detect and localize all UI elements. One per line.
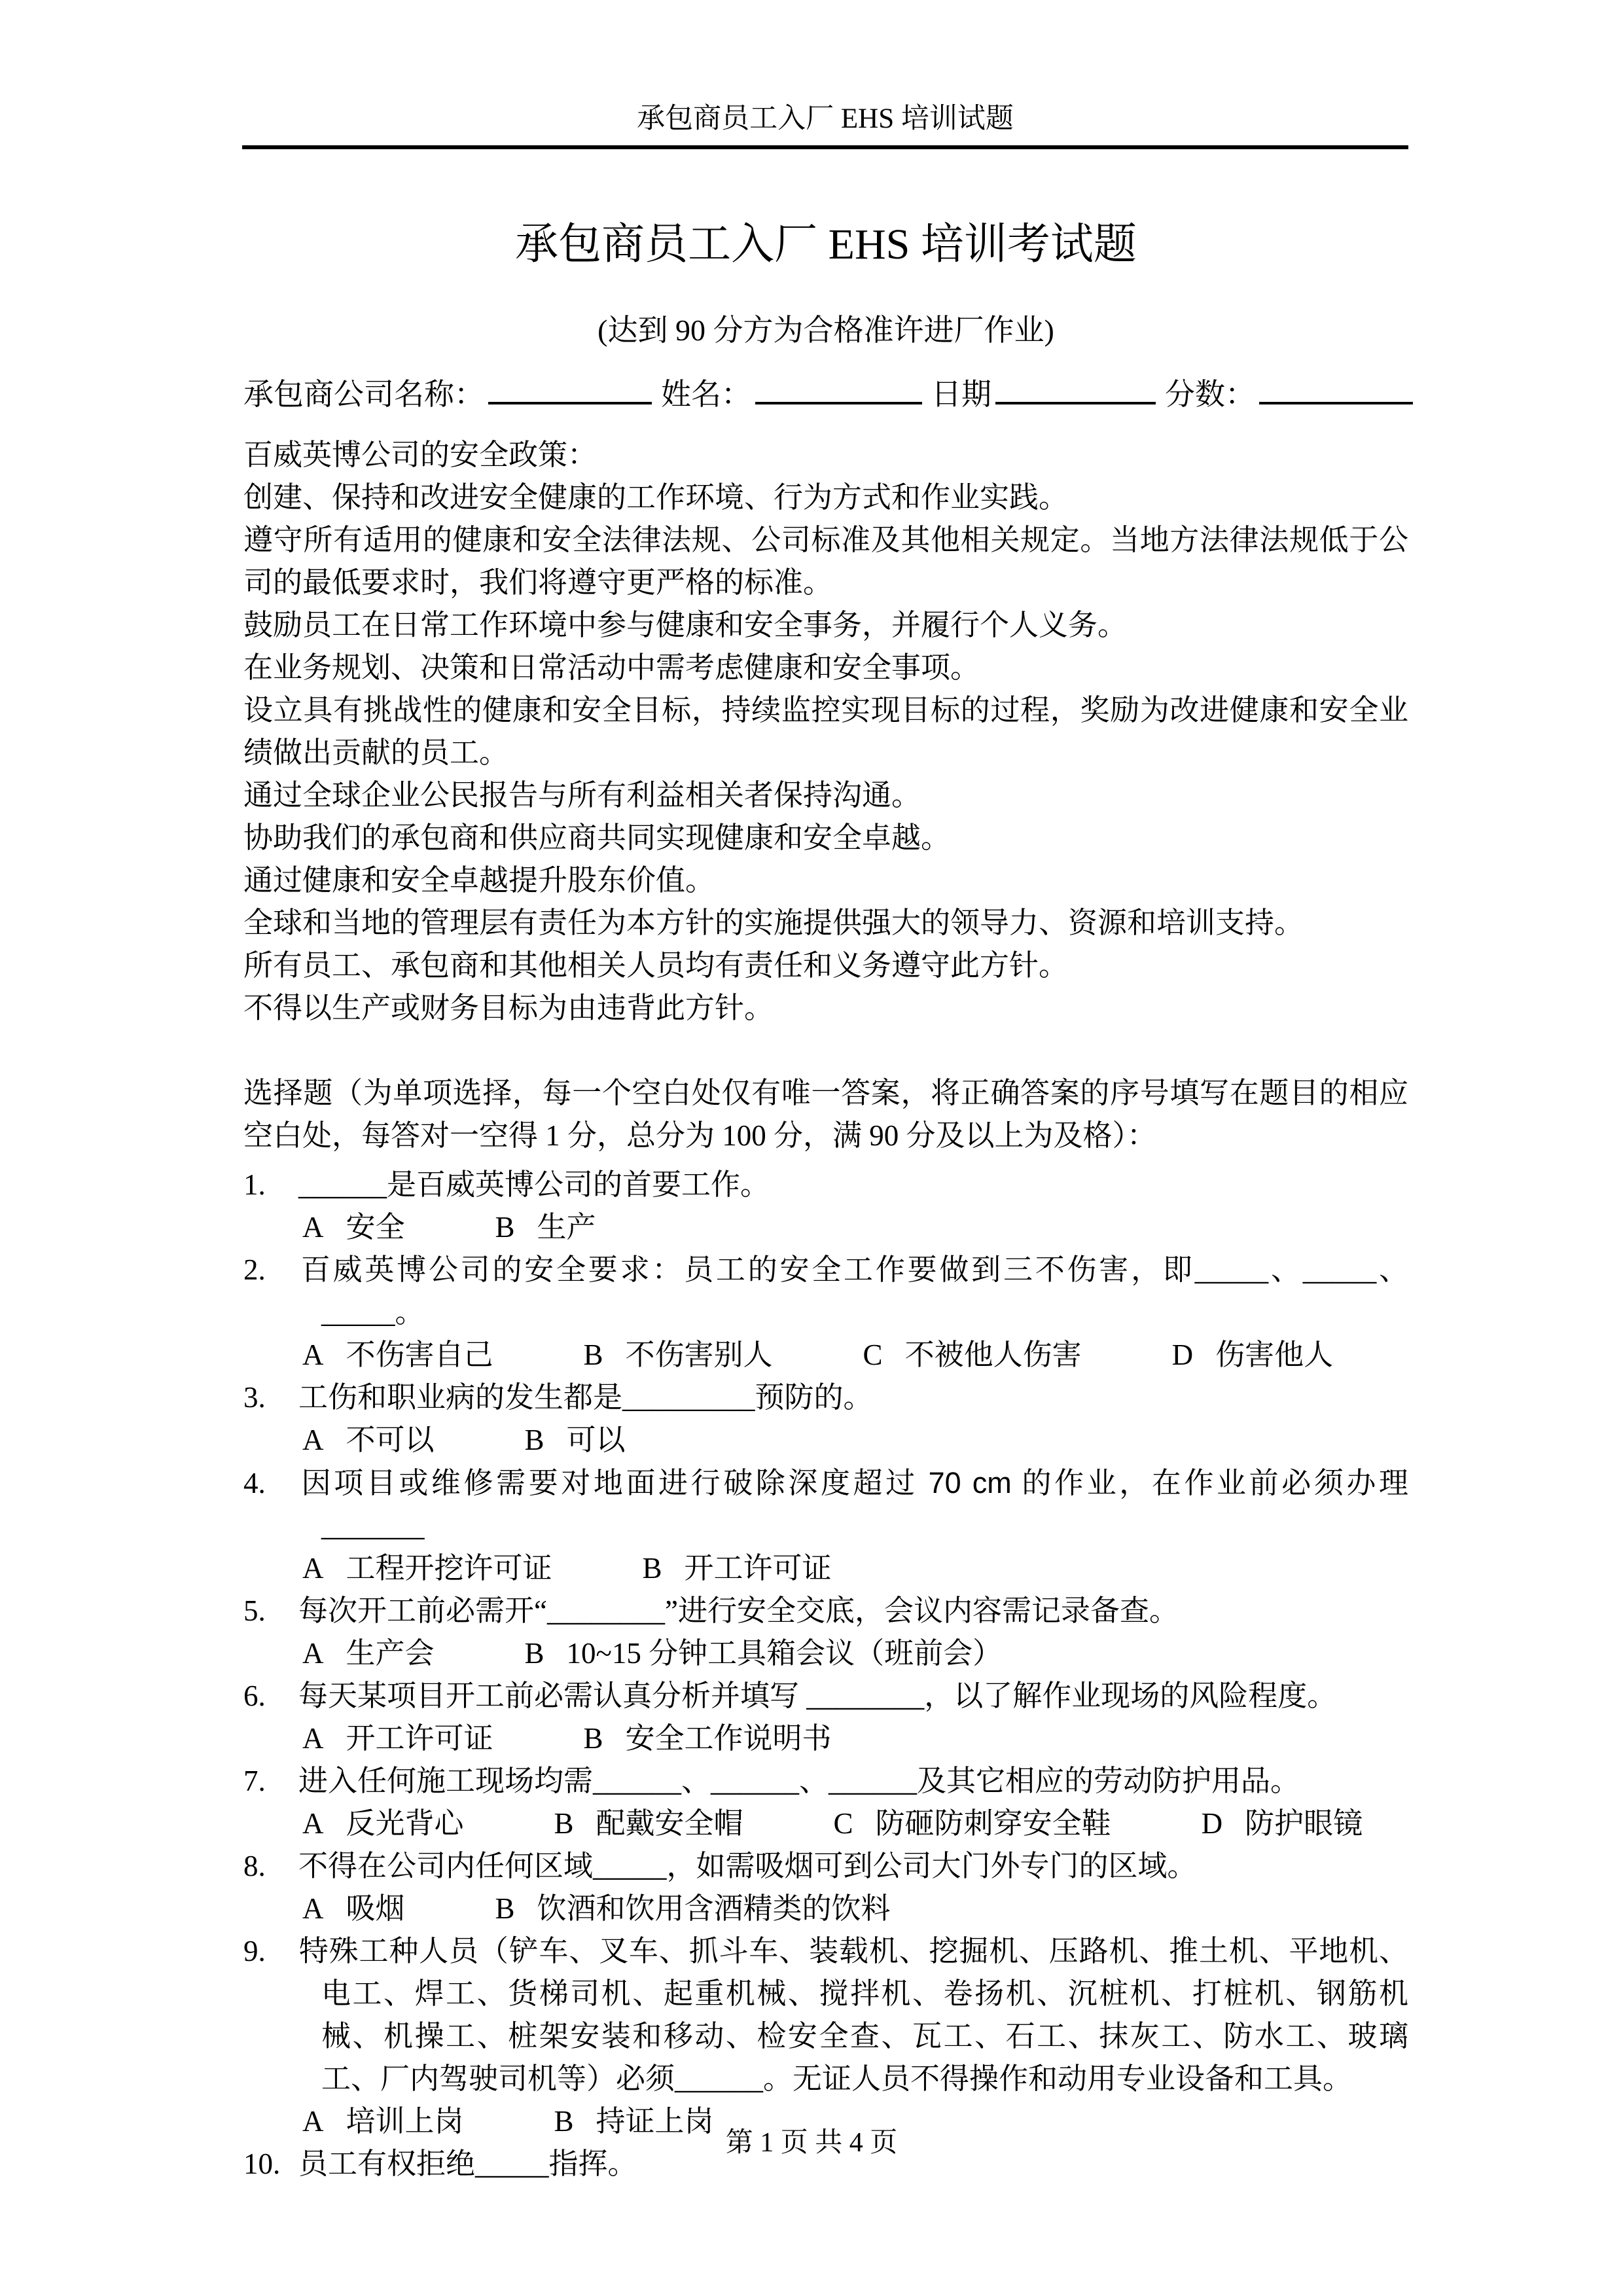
- question-7-text: 进入任何施工现场均需______、______、______及其它相应的劳动防护…: [298, 1765, 1300, 1797]
- q7-option-b: B配戴安全帽: [554, 1803, 743, 1845]
- q8-option-b: B饮酒和饮用含酒精类的饮料: [495, 1888, 891, 1930]
- q1-option-b: B生产: [495, 1206, 596, 1249]
- score-field: 分数：: [1165, 368, 1413, 416]
- name-field: 姓名：: [661, 368, 922, 416]
- q3-option-a: A不可以: [302, 1419, 435, 1462]
- policy-line: 不得以生产或财务目标为由违背此方针。: [243, 987, 1408, 1030]
- document-subtitle: (达到 90 分方为合格准许进厂作业): [243, 310, 1408, 351]
- question-3: 3.工伤和职业病的发生都是_________预防的。: [243, 1376, 1408, 1419]
- question-8-number: 8.: [243, 1845, 298, 1888]
- question-1-number: 1.: [243, 1164, 298, 1206]
- question-7: 7.进入任何施工现场均需______、______、______及其它相应的劳动…: [243, 1760, 1408, 1803]
- q5-option-a: A生产会: [302, 1632, 435, 1675]
- question-6-text: 每天某项目开工前必需认真分析并填写 ________，以了解作业现场的风险程度。: [298, 1679, 1336, 1712]
- question-2: 2.百威英博公司的安全要求：员工的安全工作要做到三不伤害，即_____、____…: [243, 1249, 1408, 1334]
- question-1-text: ______是百威英博公司的首要工作。: [298, 1168, 770, 1201]
- question-9: 9.特殊工种人员（铲车、叉车、抓斗车、装载机、挖掘机、压路机、推土机、平地机、电…: [243, 1930, 1408, 2100]
- document-content: 承包商员工入厂 EHS 培训考试题 (达到 90 分方为合格准许进厂作业) 承包…: [243, 0, 1408, 2185]
- q5-option-b: B10~15 分钟工具箱会议（班前会）: [525, 1632, 1003, 1675]
- company-field: 承包商公司名称：: [243, 368, 652, 416]
- safety-policy-section: 百威英博公司的安全政策： 创建、保持和改进安全健康的工作环境、行为方式和作业实践…: [243, 434, 1408, 1030]
- company-label: 承包商公司名称：: [243, 374, 484, 416]
- question-4-text-pre: 因项目或维修需要对地面进行破除深度超过: [298, 1467, 929, 1499]
- multiple-choice-intro: 选择题（为单项选择，每一个空白处仅有唯一答案，将正确答案的序号填写在题目的相应空…: [243, 1072, 1408, 1157]
- company-blank: [488, 368, 652, 404]
- question-3-options: A不可以 B可以: [243, 1419, 1408, 1462]
- document-page: 承包商员工入厂 EHS 培训试题 承包商员工入厂 EHS 培训考试题 (达到 9…: [0, 0, 1623, 2296]
- q7-option-a: A反光背心: [302, 1803, 464, 1845]
- question-5-text: 每次开工前必需开“________”进行安全交底，会议内容需记录备查。: [298, 1594, 1179, 1627]
- question-4-depth-value: 70 cm: [929, 1466, 1012, 1499]
- q1-option-a: A安全: [302, 1206, 405, 1249]
- question-3-number: 3.: [243, 1376, 298, 1419]
- question-2-text: 百威英博公司的安全要求：员工的安全工作要做到三不伤害，即_____、_____、…: [298, 1253, 1408, 1329]
- name-blank: [755, 368, 922, 404]
- policy-line: 鼓励员工在日常工作环境中参与健康和安全事务，并履行个人义务。: [243, 604, 1408, 647]
- question-5-options: A生产会 B10~15 分钟工具箱会议（班前会）: [243, 1632, 1408, 1675]
- question-1: 1.______是百威英博公司的首要工作。: [243, 1164, 1408, 1206]
- question-5-number: 5.: [243, 1590, 298, 1632]
- question-8-options: A吸烟 B饮酒和饮用含酒精类的饮料: [243, 1888, 1408, 1930]
- policy-line: 全球和当地的管理层有责任为本方针的实施提供强大的领导力、资源和培训支持。: [243, 902, 1408, 944]
- policy-line: 创建、保持和改进安全健康的工作环境、行为方式和作业实践。: [243, 476, 1408, 519]
- question-9-number: 9.: [243, 1930, 298, 1973]
- policy-line: 通过健康和安全卓越提升股东价值。: [243, 859, 1408, 902]
- questions-section: 1.______是百威英博公司的首要工作。 A安全 B生产 2.百威英博公司的安…: [243, 1164, 1408, 2185]
- policy-line: 遵守所有适用的健康和安全法律法规、公司标准及其他相关规定。当地方法律法规低于公司…: [243, 519, 1408, 604]
- score-blank: [1259, 368, 1413, 404]
- document-title: 承包商员工入厂 EHS 培训考试题: [243, 217, 1408, 272]
- question-8: 8.不得在公司内任何区域_____，如需吸烟可到公司大门外专门的区域。: [243, 1845, 1408, 1888]
- policy-line: 通过全球企业公民报告与所有利益相关者保持沟通。: [243, 774, 1408, 817]
- q2-option-d: D伤害他人: [1172, 1334, 1334, 1376]
- policy-line: 所有员工、承包商和其他相关人员均有责任和义务遵守此方针。: [243, 944, 1408, 987]
- q2-option-b: B不伤害别人: [584, 1334, 773, 1376]
- question-3-text: 工伤和职业病的发生都是_________预防的。: [298, 1381, 873, 1414]
- page-number: 第 1 页 共 4 页: [726, 2128, 898, 2158]
- question-1-options: A安全 B生产: [243, 1206, 1408, 1249]
- page-footer: 第 1 页 共 4 页: [0, 2126, 1623, 2160]
- q6-option-a: A开工许可证: [302, 1717, 493, 1760]
- question-6: 6.每天某项目开工前必需认真分析并填写 ________，以了解作业现场的风险程…: [243, 1675, 1408, 1717]
- score-label: 分数：: [1165, 374, 1255, 416]
- question-9-text: 特殊工种人员（铲车、叉车、抓斗车、装载机、挖掘机、压路机、推土机、平地机、电工、…: [298, 1935, 1408, 2095]
- question-7-number: 7.: [243, 1760, 298, 1803]
- question-2-options: A不伤害自己 B不伤害别人 C不被他人伤害 D伤害他人: [243, 1334, 1408, 1376]
- policy-line: 设立具有挑战性的健康和安全目标，持续监控实现目标的过程，奖励为改进健康和安全业绩…: [243, 689, 1408, 774]
- policy-line: 在业务规划、决策和日常活动中需考虑健康和安全事项。: [243, 647, 1408, 689]
- q2-option-a: A不伤害自己: [302, 1334, 493, 1376]
- question-4-number: 4.: [243, 1462, 298, 1505]
- q7-option-c: C防砸防刺穿安全鞋: [834, 1803, 1111, 1845]
- q3-option-b: B可以: [525, 1419, 626, 1462]
- policy-line: 协助我们的承包商和供应商共同实现健康和安全卓越。: [243, 817, 1408, 859]
- date-blank: [995, 368, 1156, 404]
- q6-option-b: B安全工作说明书: [584, 1717, 832, 1760]
- q7-option-d: D防护眼镜: [1202, 1803, 1363, 1845]
- question-8-text: 不得在公司内任何区域_____，如需吸烟可到公司大门外专门的区域。: [298, 1850, 1197, 1882]
- exam-info-line: 承包商公司名称： 姓名： 日期 分数：: [243, 368, 1408, 416]
- date-label: 日期: [931, 374, 991, 416]
- question-7-options: A反光背心 B配戴安全帽 C防砸防刺穿安全鞋 D防护眼镜: [243, 1803, 1408, 1845]
- question-6-number: 6.: [243, 1675, 298, 1717]
- question-6-options: A开工许可证 B安全工作说明书: [243, 1717, 1408, 1760]
- question-2-number: 2.: [243, 1249, 298, 1291]
- question-5: 5.每次开工前必需开“________”进行安全交底，会议内容需记录备查。: [243, 1590, 1408, 1632]
- name-label: 姓名：: [661, 374, 751, 416]
- policy-heading: 百威英博公司的安全政策：: [243, 434, 1408, 476]
- date-field: 日期: [931, 368, 1156, 416]
- q4-option-a: A工程开挖许可证: [302, 1547, 552, 1590]
- q4-option-b: B开工许可证: [643, 1547, 832, 1590]
- q8-option-a: A吸烟: [302, 1888, 405, 1930]
- question-4: 4.因项目或维修需要对地面进行破除深度超过 70 cm 的作业，在作业前必须办理…: [243, 1462, 1408, 1547]
- question-4-options: A工程开挖许可证 B开工许可证: [243, 1547, 1408, 1590]
- q2-option-c: C不被他人伤害: [863, 1334, 1082, 1376]
